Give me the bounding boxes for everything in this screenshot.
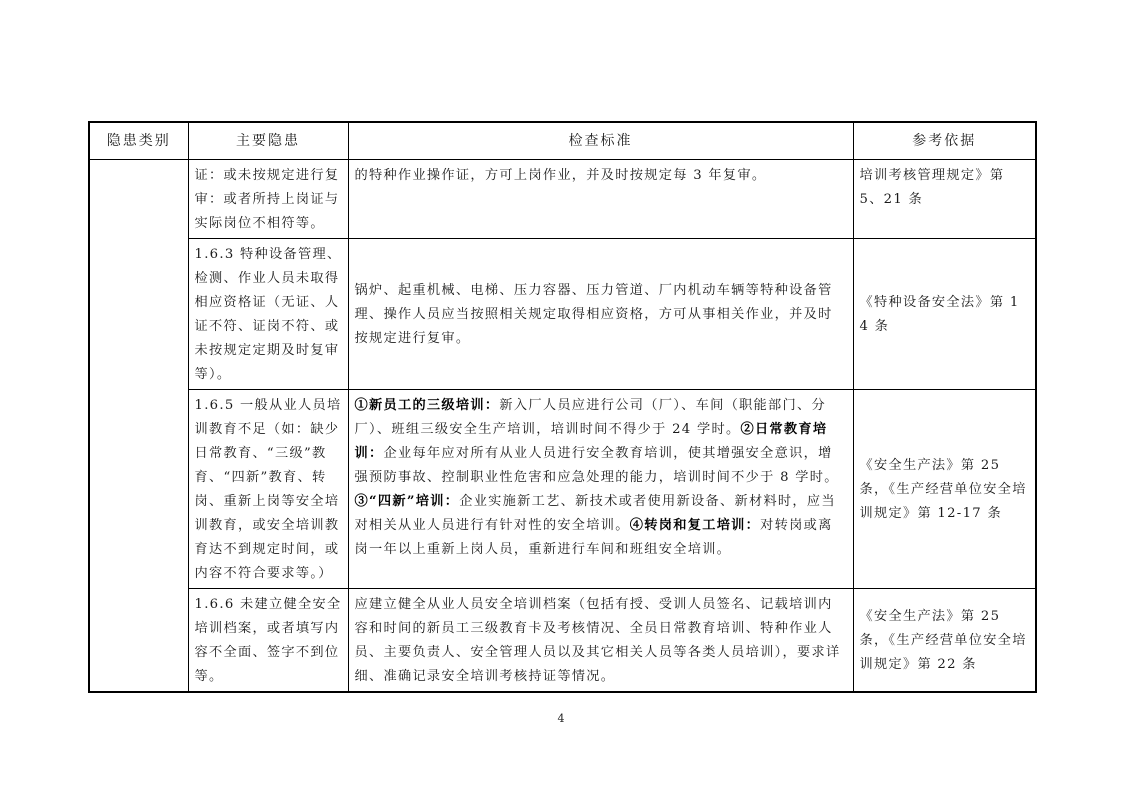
header-reference-basis: 参考依据 xyxy=(853,122,1036,160)
table-row: 1.6.3 特种设备管理、检测、作业人员未取得相应资格证（无证、人证不符、证岗不… xyxy=(89,239,1036,390)
table-header-row: 隐患类别 主要隐患 检查标准 参考依据 xyxy=(89,122,1036,160)
hazard-inspection-table: 隐患类别 主要隐患 检查标准 参考依据 证：或未按规定进行复审：或者所持上岗证与… xyxy=(88,121,1037,693)
hazard-cell: 1.6.3 特种设备管理、检测、作业人员未取得相应资格证（无证、人证不符、证岗不… xyxy=(188,239,348,390)
hazard-cell: 证：或未按规定进行复审：或者所持上岗证与实际岗位不相符等。 xyxy=(188,160,348,239)
category-cell xyxy=(89,160,188,693)
reference-cell: 《安全生产法》第 25 条，《生产经营单位安全培训规定》第 22 条 xyxy=(853,589,1036,693)
header-main-hazard: 主要隐患 xyxy=(188,122,348,160)
reference-cell: 《安全生产法》第 25 条，《生产经营单位安全培训规定》第 12-17 条 xyxy=(853,390,1036,589)
standard-cell: 锅炉、起重机械、电梯、压力容器、压力管道、厂内机动车辆等特种设备管理、操作人员应… xyxy=(348,239,853,390)
page-number: 4 xyxy=(0,712,1122,725)
standard-cell: 应建立健全从业人员安全培训档案（包括有授、受训人员签名、记载培训内容和时间的新员… xyxy=(348,589,853,693)
standard-heading-1: ①新员工的三级培训： xyxy=(355,398,500,413)
hazard-cell: 1.6.6 未建立健全安全培训档案，或者填写内容不全面、签字不到位等。 xyxy=(188,589,348,693)
hazard-cell: 1.6.5 一般从业人员培训教育不足（如：缺少日常教育、“三级”教育、“四新”教… xyxy=(188,390,348,589)
header-category: 隐患类别 xyxy=(89,122,188,160)
reference-cell: 培训考核管理规定》第 5、21 条 xyxy=(853,160,1036,239)
header-inspection-standard: 检查标准 xyxy=(348,122,853,160)
reference-cell: 《特种设备安全法》第 14 条 xyxy=(853,239,1036,390)
standard-heading-3: ③“四新”培训： xyxy=(355,494,460,509)
table-row: 1.6.5 一般从业人员培训教育不足（如：缺少日常教育、“三级”教育、“四新”教… xyxy=(89,390,1036,589)
standard-cell: ①新员工的三级培训：新入厂人员应进行公司（厂）、车间（职能部门、分厂）、班组三级… xyxy=(348,390,853,589)
standard-heading-4: ④转岗和复工培训： xyxy=(630,518,760,533)
table-row: 1.6.6 未建立健全安全培训档案，或者填写内容不全面、签字不到位等。 应建立健… xyxy=(89,589,1036,693)
standard-cell: 的特种作业操作证，方可上岗作业，并及时按规定每 3 年复审。 xyxy=(348,160,853,239)
table-row: 证：或未按规定进行复审：或者所持上岗证与实际岗位不相符等。 的特种作业操作证，方… xyxy=(89,160,1036,239)
standard-text-2: 企业每年应对所有从业人员进行安全教育培训，使其增强安全意识，增强预防事故、控制职… xyxy=(355,446,839,485)
